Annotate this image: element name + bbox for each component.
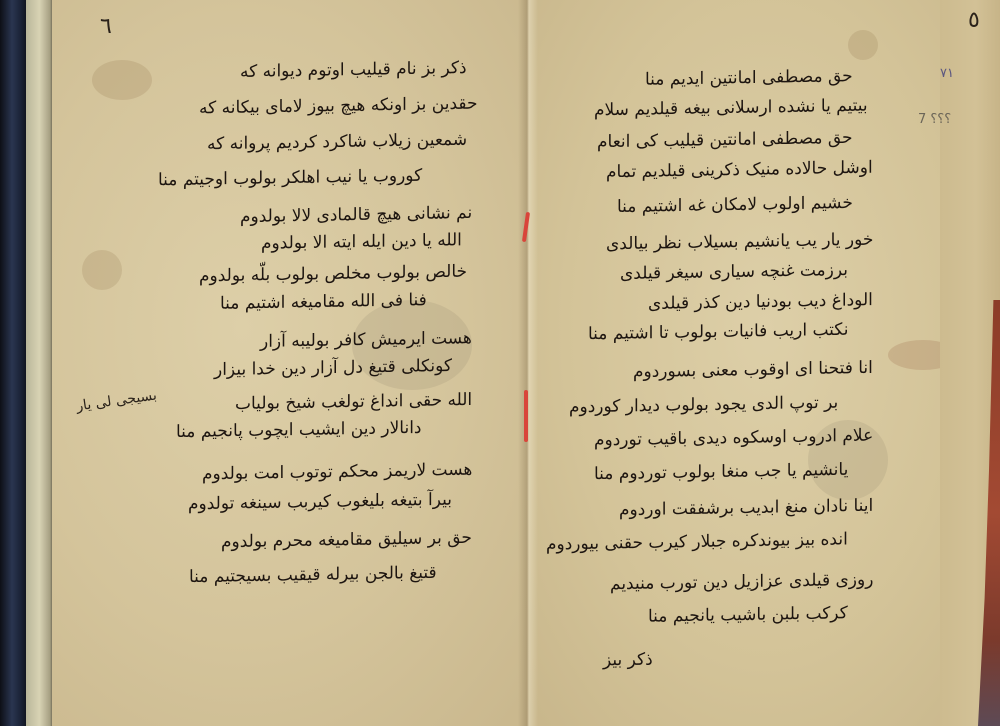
stain (82, 250, 122, 290)
verse-line: انا فتحنا ای اوقوب معنی بسوردوم (633, 358, 873, 382)
stain (848, 30, 878, 60)
verse-line: قتیغ بالجن بیرله قیقیب بسیجتیم منا (189, 563, 437, 587)
verse-line: کوروب یا نیب اهلکر بولوب اوجیتم منا (158, 166, 422, 191)
verse-line: دانالار دین ایشیب ایچوب پانجیم منا (176, 418, 422, 442)
left-page: ٦ بسیجی لی یار ذکر بز نام قیلیب اوتوم دی… (52, 0, 528, 726)
verse-line: بیرآ بتیغه بلیغوب کیربب سینغه تولدوم (188, 490, 452, 515)
pencil-note: 7 ؟؟؟ (918, 112, 951, 127)
stain (92, 60, 152, 100)
catchword: ذکر بیز (603, 650, 653, 671)
verse-line: فنا فی الله مقامیغه اشتیم منا (220, 290, 427, 314)
verse-line: حق مصطفی امانتین ایدیم منا (645, 66, 853, 90)
verse-line: خالص بولوب مخلص بولوب بلّه بولدوم (199, 262, 467, 287)
verse-line: الوداغ دیب بودنیا دین کذر قیلدی (648, 290, 873, 314)
right-page: حق مصطفی امانتین ایدیم منا بیتیم یا نشده… (528, 0, 960, 726)
verse-line: اوشل حالاده منیک ذکرینی قیلدیم تمام (606, 158, 873, 183)
verse-line: شمعین زیلاب شاکرد کردیم پروانه که (207, 130, 467, 155)
verse-line: بیتیم یا نشده ارسلانی بیغه قیلدیم سلام (594, 96, 868, 121)
page-number-right: ٥ (968, 8, 980, 33)
verse-line: حق بر سیلیق مقامیغه محرم بولدوم (221, 528, 472, 552)
page-number-left: ٦ (100, 14, 112, 39)
verse-line: اینا نادان منغ ابدیب برشفقت اوردوم (619, 496, 873, 520)
verse-line: خور یار یب یانشیم بسیلاب نظر بیالدی (606, 230, 873, 255)
verse-line: خشیم اولوب لامکان غه اشتیم منا (617, 193, 853, 217)
verse-line: کرکب بلبن باشیب یانجیم منا (648, 603, 848, 626)
verse-line: بر توپ الدی یجود بولوب دیدار کوردوم (569, 393, 838, 418)
pencil-note: ٧١ (940, 66, 954, 81)
verse-line: الله یا دین ایله ایته الا بولدوم (261, 230, 462, 254)
verse-line: هست ایرمیش کافر بولیبه آزار (260, 328, 472, 352)
binding-thread (524, 390, 528, 442)
verse-line: هست لاریمز محکم توتوب امت بولدوم (202, 460, 472, 485)
verse-line: نکتب اریب فانیات بولوب تا اشتیم منا (588, 320, 848, 345)
margin-note: بسیجی لی یار (75, 387, 158, 414)
verse-line: حقدین بز اونکه هیچ بیوز لامای بیکانه که (199, 94, 478, 119)
verse-line: حق مصطفی امانتین قیلیب کی انعام (597, 128, 853, 152)
verse-line: برزمت غنچه سیاری سیغر قیلدی (620, 260, 848, 284)
verse-line: ذکر بز نام قیلیب اوتوم دیوانه که (240, 58, 467, 82)
verse-line: روزی قیلدی عزازیل دین تورب منیدیم (610, 570, 873, 595)
book-gutter (518, 0, 538, 726)
verse-line: یانشیم یا جب منغا بولوب توردوم منا (594, 460, 848, 484)
verse-line: نم نشانی هیچ قالمادی لالا بولدوم (240, 203, 472, 227)
manuscript-photo: ٦ بسیجی لی یار ذکر بز نام قیلیب اوتوم دی… (0, 0, 1000, 726)
verse-line: کونکلی قتیغ دل آزار دین خدا بیزار (214, 356, 452, 380)
verse-line: الله حقی انداغ تولغب شیخ بولیاب (235, 390, 472, 414)
verse-line: انده بیز بیوندکره جبلار کیرب حقنی بیوردو… (546, 529, 848, 554)
